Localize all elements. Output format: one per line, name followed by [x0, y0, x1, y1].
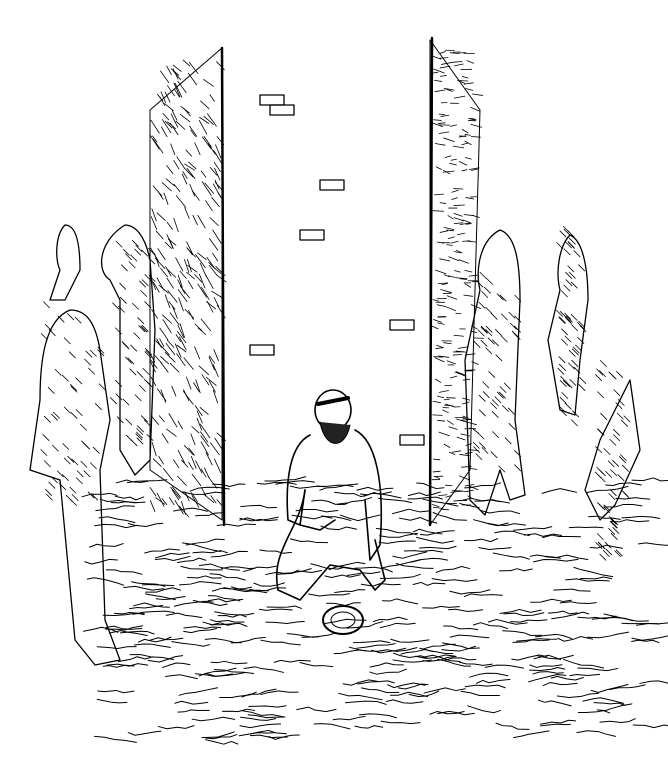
illustration	[0, 0, 668, 768]
